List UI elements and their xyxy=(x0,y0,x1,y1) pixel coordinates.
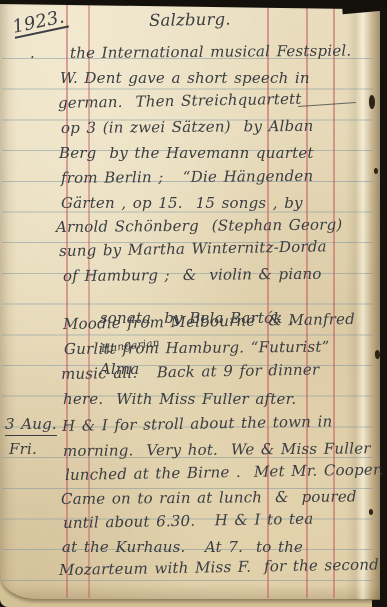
journal-line: Arnold Schönberg (Stephan Georg) xyxy=(56,216,343,237)
ink-speck xyxy=(369,509,373,515)
journal-line: the International musical Festspiel. xyxy=(70,42,351,63)
entry-day-label: Fri. xyxy=(9,440,37,459)
journal-line: Gärten , op 15. 15 songs , by xyxy=(61,194,303,213)
diary-photo: 1923. Salzburg. . the International musi… xyxy=(0,0,387,607)
red-ledger-line xyxy=(333,0,335,598)
journal-line: Berg by the Havemann quartet xyxy=(59,144,314,163)
journal-line: Gurlitt from Hamburg. “Futurist” xyxy=(64,338,330,359)
red-ledger-line xyxy=(306,0,308,598)
journal-line: morning. Very hot. We & Miss Fuller xyxy=(63,439,371,461)
journal-line: from Berlin ; “Die Hängenden xyxy=(61,167,313,188)
ink-speck xyxy=(375,350,380,359)
ink-speck xyxy=(374,168,378,174)
journal-line: here. With Miss Fuller after. xyxy=(63,390,296,409)
journal-line: W. Dent gave a short speech in xyxy=(60,69,310,88)
journal-line: op 3 (in zwei Sätzen) by Alban xyxy=(61,117,314,138)
diary-page: 1923. Salzburg. . the International musi… xyxy=(0,0,380,600)
page-title: Salzburg. xyxy=(149,10,231,30)
torn-corner xyxy=(341,0,387,14)
margin-dot: . xyxy=(30,44,35,63)
entry-date-label: 3 Aug. xyxy=(5,415,57,436)
journal-line: of Hamburg ; & violin & piano xyxy=(63,265,322,286)
journal-line: at the Kurhaus. At 7. to the xyxy=(62,538,303,557)
year-label: 1923. xyxy=(11,7,69,39)
journal-line: Came on to rain at lunch & poured xyxy=(61,487,357,509)
ink-speck xyxy=(369,95,375,109)
